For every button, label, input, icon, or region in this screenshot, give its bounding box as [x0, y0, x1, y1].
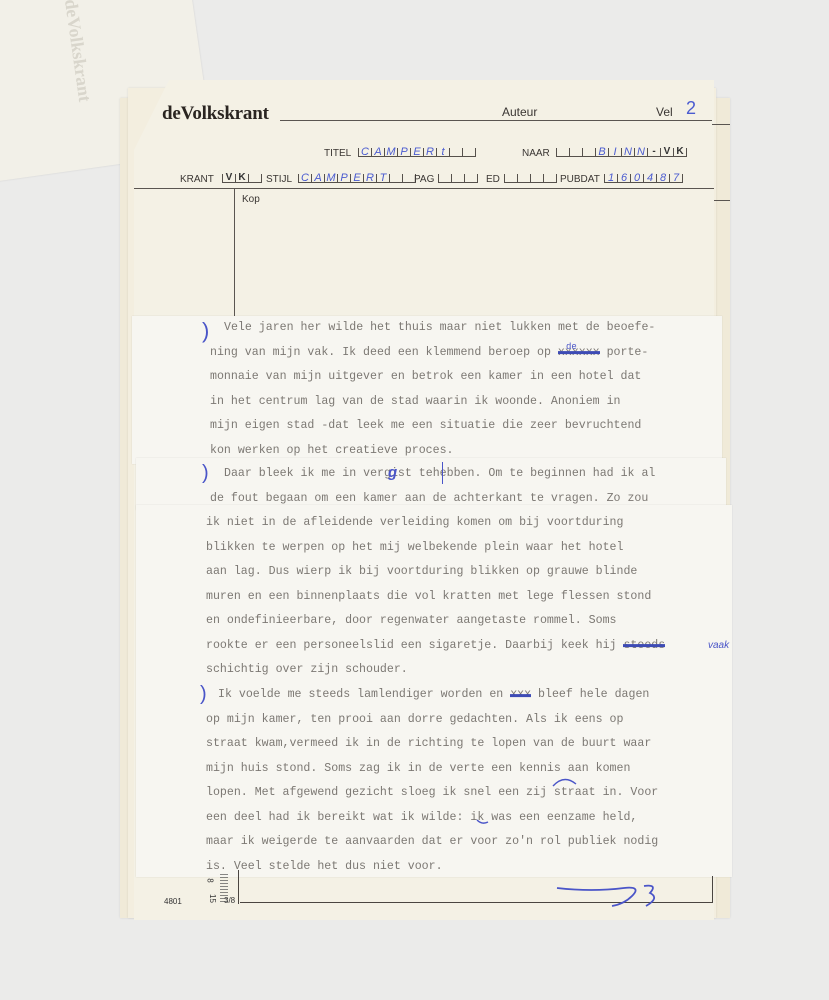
ruler-top-label: 8: [206, 878, 215, 882]
titel-label: TITEL: [324, 148, 351, 159]
correction-vaak: vaak: [708, 640, 729, 651]
krant-field[interactable]: VK: [222, 169, 262, 183]
struck-word: xxx: [510, 688, 531, 701]
typed-line: rookte er een personeelslid een sigaretj…: [200, 634, 665, 659]
pubdat-field[interactable]: 160487: [604, 169, 683, 183]
kop-label: Kop: [242, 194, 260, 205]
join-mark-icon: [550, 776, 580, 788]
struck-word: xxxxxx: [558, 346, 600, 359]
paragraph-2: Daar bleek ik me in vergist tehebben. Om…: [200, 462, 665, 683]
ruler-side-label: 15: [208, 894, 217, 903]
typed-line: en ondefinieerbare, door regenwater aang…: [200, 609, 665, 634]
edge-tick: [712, 124, 730, 125]
typed-line: een deel had ik bereikt wat ik wilde: ik…: [200, 806, 658, 831]
auteur-label: Auteur: [502, 105, 537, 119]
vel-value: 2: [686, 98, 696, 119]
ruler-bottom-label: 3/8: [224, 896, 235, 905]
typed-line: straat kwam,vermeed ik in de richting te…: [200, 732, 658, 757]
paragraph-mark-1: ): [202, 318, 209, 344]
krant-label: KRANT: [180, 174, 214, 185]
typed-line: kon werken op het creatieve proces.: [200, 439, 655, 464]
typed-line: in het centrum lag van de stad waarin ik…: [200, 390, 655, 415]
typed-line: blikken te werpen op het mij welbekende …: [200, 536, 665, 561]
paragraph-mark-3: ): [200, 683, 207, 706]
typed-line: maar ik weigerde te aanvaarden dat er vo…: [200, 830, 658, 855]
typed-line: Ik voelde me steeds lamlendiger worden e…: [200, 683, 658, 708]
naar-field[interactable]: BINN-VK: [556, 143, 687, 157]
bottom-frame-left: [238, 870, 239, 904]
typed-line: Daar bleek ik me in vergist tehebben. Om…: [200, 462, 665, 487]
typed-line: aan lag. Dus wierp ik bij voortduring bl…: [200, 560, 665, 585]
pag-field[interactable]: [438, 169, 478, 183]
header-rule: [280, 120, 712, 121]
ghost-brand-text: deVolkskrant: [60, 0, 95, 103]
kop-left-rule: [234, 188, 235, 318]
form-number: 4801: [164, 897, 182, 906]
typed-line: Vele jaren her wilde het thuis maar niet…: [200, 316, 655, 341]
typed-line: lopen. Met afgewend gezicht sloeg ik sne…: [200, 781, 658, 806]
correction-de: de: [566, 342, 577, 352]
typed-line: schichtig over zijn schouder.: [200, 658, 665, 683]
typed-line: ik niet in de afleidende verleiding kome…: [200, 511, 665, 536]
kop-top-rule: [134, 188, 714, 189]
edge-tick-2: [714, 200, 730, 201]
insertion-g: g: [388, 464, 397, 481]
typed-line: ning van mijn vak. Ik deed een klemmend …: [200, 341, 655, 366]
typed-line: monnaie van mijn uitgever en betrok een …: [200, 365, 655, 390]
typed-line: muren en een binnenplaats die vol kratte…: [200, 585, 665, 610]
struck-word: steeds: [623, 639, 665, 652]
paragraph-mark-2: ): [202, 462, 209, 485]
typed-line: mijn huis stond. Soms zag ik in de verte…: [200, 757, 658, 782]
ed-label: ED: [486, 174, 500, 185]
space-insert-mark: [442, 462, 443, 484]
typed-line: de fout begaan om een kamer aan de achte…: [200, 487, 665, 512]
typed-line: mijn eigen stad -dat leek me een situati…: [200, 414, 655, 439]
titel-field[interactable]: CAMPERt: [358, 143, 476, 157]
stijl-label: STIJL: [266, 174, 292, 185]
naar-label: NAAR: [522, 148, 550, 159]
paragraph-3: Ik voelde me steeds lamlendiger worden e…: [200, 683, 658, 879]
ed-field[interactable]: [504, 169, 557, 183]
pag-label: PAG: [414, 174, 434, 185]
pubdat-label: PUBDAT: [560, 174, 600, 185]
continue-arrow-icon: [552, 880, 662, 912]
underline-mark-icon: [476, 818, 490, 826]
brand-logo: deVolkskrant: [162, 103, 269, 125]
typed-line: op mijn kamer, ten prooi aan dorre gedac…: [200, 708, 658, 733]
vel-label: Vel: [656, 105, 673, 119]
stijl-field[interactable]: CAMPERT: [298, 169, 416, 183]
paragraph-1: Vele jaren her wilde het thuis maar niet…: [200, 316, 655, 463]
